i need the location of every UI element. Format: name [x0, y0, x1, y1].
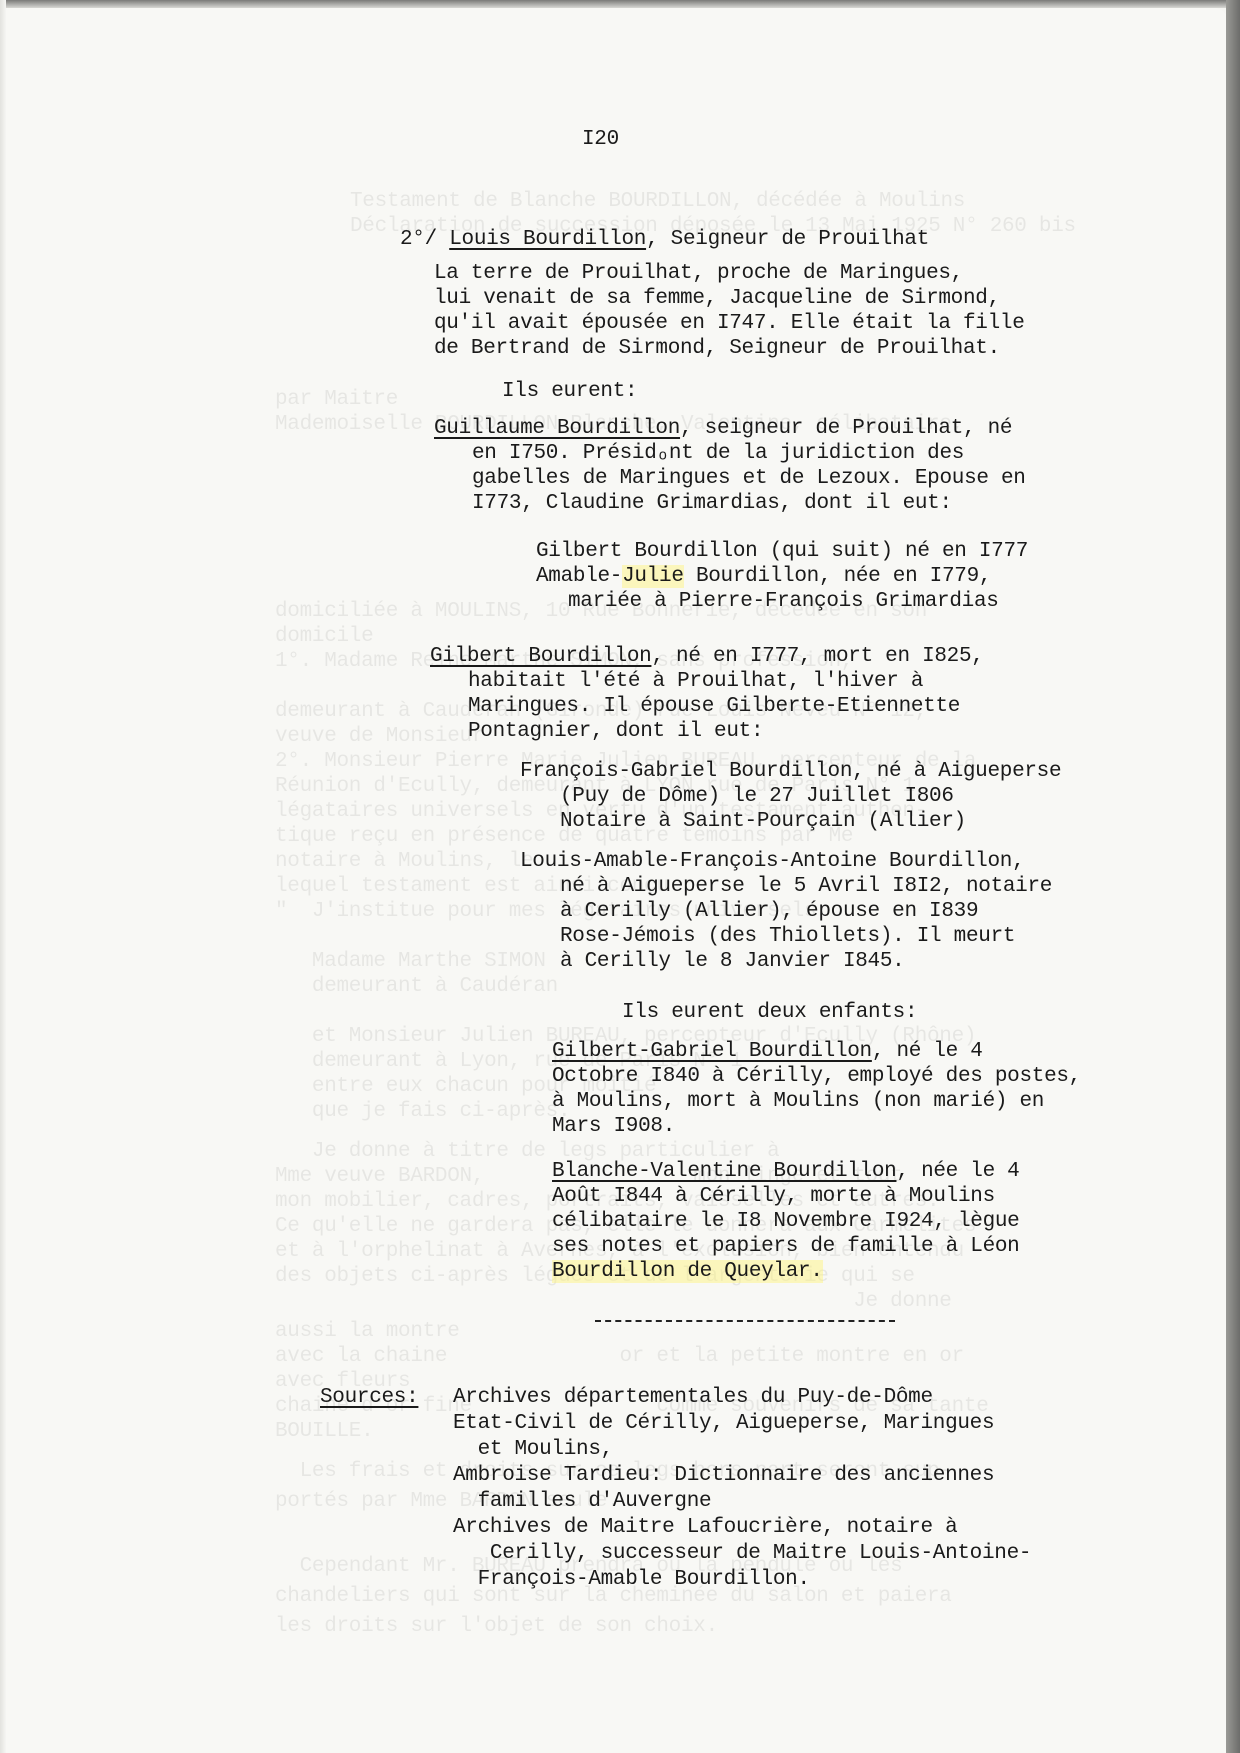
highlighted-text: Bourdillon de Queylar.	[552, 1260, 823, 1283]
source-line: Ambroise Tardieu: Dictionnaire des ancie…	[453, 1464, 994, 1488]
sources-label: Sources:	[320, 1386, 418, 1410]
guillaume-line: I773, Claudine Grimardias, dont il eut:	[472, 492, 952, 516]
page-number: I20	[582, 128, 619, 152]
source-line: Etat-Civil de Cérilly, Aigueperse, Marin…	[453, 1412, 994, 1436]
scan-left-edge	[0, 0, 6, 1753]
gilbert-line: habitait l'été à Prouilhat, l'hiver à	[468, 670, 923, 694]
two-children-heading: Ils eurent deux enfants:	[622, 1001, 917, 1025]
blanche-line: célibataire le I8 Novembre I924, lègue	[552, 1210, 1019, 1234]
intro-line: lui venait de sa femme, Jacqueline de Si…	[434, 287, 1000, 311]
source-line: Cerilly, successeur de Maitre Louis-Anto…	[453, 1542, 1031, 1566]
gilbert-child-line: Rose-Jémois (des Thiollets). Il meurt	[560, 925, 1015, 949]
intro-line: La terre de Prouilhat, proche de Maringu…	[434, 262, 963, 286]
blanche-entry: Blanche-Valentine Bourdillon, née le 4	[552, 1160, 1020, 1184]
gilbert-child-line: Notaire à Saint-Pourçain (Allier)	[560, 810, 966, 834]
intro-line: de Bertrand de Sirmond, Seigneur de Prou…	[434, 337, 1000, 361]
person-name: Blanche-Valentine Bourdillon	[552, 1160, 896, 1183]
gilbert-gabriel-line: Mars I908.	[552, 1115, 675, 1139]
gilbert-gabriel-line: à Moulins, mort à Moulins (non marié) en	[552, 1090, 1044, 1114]
gilbert-gabriel-entry: Gilbert-Gabriel Bourdillon, né le 4	[552, 1040, 983, 1064]
source-line: Archives départementales du Puy-de-Dôme	[453, 1386, 933, 1410]
person-name: Louis Bourdillon	[449, 228, 646, 251]
gilbert-child-line: (Puy de Dôme) le 27 Juillet I806	[560, 785, 954, 809]
blanche-line: Août I844 à Cérilly, morte à Moulins	[552, 1185, 995, 1209]
gilbert-line: Pontagnier, dont il eut:	[468, 720, 763, 744]
person-name: Guillaume Bourdillon	[434, 417, 680, 440]
gilbert-child-line: à Cerilly le 8 Janvier I845.	[560, 950, 904, 974]
children-heading: Ils eurent:	[502, 380, 637, 404]
source-line: familles d'Auvergne	[453, 1490, 711, 1514]
section-heading: 2°/ Louis Bourdillon, Seigneur de Prouil…	[400, 228, 929, 252]
person-name: Gilbert Bourdillon	[430, 645, 651, 668]
guillaume-line: en I750. Présidₒnt de la juridiction des	[472, 442, 964, 466]
blanche-line: ses notes et papiers de famille à Léon	[552, 1235, 1019, 1259]
source-line: et Moulins,	[453, 1438, 613, 1462]
highlighted-text: Julie	[622, 565, 684, 588]
intro-line: qu'il avait épousée en I747. Elle était …	[434, 312, 1025, 336]
guillaume-entry: Guillaume Bourdillon, seigneur de Prouil…	[434, 417, 1012, 441]
guillaume-line: gabelles de Maringues et de Lezoux. Epou…	[472, 467, 1026, 491]
gilbert-child-line: François-Gabriel Bourdillon, né à Aiguep…	[520, 760, 1061, 784]
scan-right-edge	[1226, 0, 1240, 1753]
guillaume-child: Amable-Julie Bourdillon, née en I779,	[536, 565, 991, 589]
gilbert-child-line: né à Aigueperse le 5 Avril I8I2, notaire	[560, 875, 1052, 899]
section-number: 2°/	[400, 228, 437, 251]
gilbert-entry: Gilbert Bourdillon, né en I777, mort en …	[430, 645, 984, 669]
scan-top-edge	[0, 0, 1240, 8]
blanche-line: Bourdillon de Queylar.	[552, 1260, 823, 1284]
person-name: Gilbert-Gabriel Bourdillon	[552, 1040, 872, 1063]
guillaume-child: mariée à Pierre-François Grimardias	[568, 590, 999, 614]
gilbert-child-line: Louis-Amable-François-Antoine Bourdillon…	[520, 850, 1024, 874]
source-line: François-Amable Bourdillon.	[453, 1568, 810, 1592]
source-line: Archives de Maitre Lafoucrière, notaire …	[453, 1516, 957, 1540]
gilbert-gabriel-line: Octobre I840 à Cérilly, employé des post…	[552, 1065, 1081, 1089]
guillaume-child: Gilbert Bourdillon (qui suit) né en I777	[536, 540, 1028, 564]
gilbert-child-line: à Cerilly (Allier), épouse en I839	[560, 900, 978, 924]
section-separator	[595, 1320, 895, 1322]
gilbert-line: Maringues. Il épouse Gilberte-Etiennette	[468, 695, 960, 719]
